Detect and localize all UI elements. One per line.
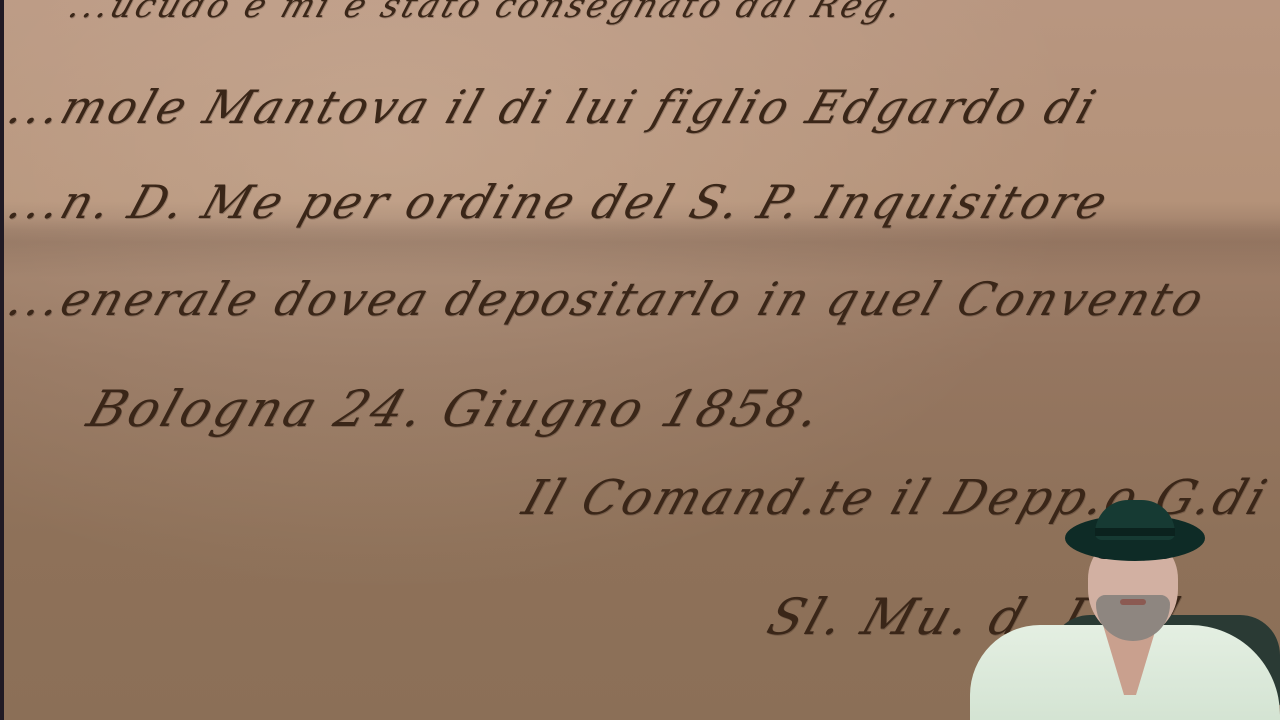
- handwriting-line-2: ...mole Mantova il di lui figlio Edgardo…: [1, 80, 1105, 134]
- presenter-overlay: [970, 495, 1280, 720]
- handwriting-line-1: ...ucudo e mi è stato consegnato dal Reg…: [64, 0, 910, 26]
- handwriting-date-line: Bologna 24. Giugno 1858.: [81, 380, 832, 438]
- presenter-mouth: [1120, 599, 1146, 605]
- handwriting-line-4: ...enerale dovea depositarlo in quel Con…: [1, 272, 1213, 326]
- hat-band: [1095, 528, 1175, 536]
- handwriting-line-3: ...n. D. Me per ordine del S. P. Inquisi…: [1, 175, 1117, 229]
